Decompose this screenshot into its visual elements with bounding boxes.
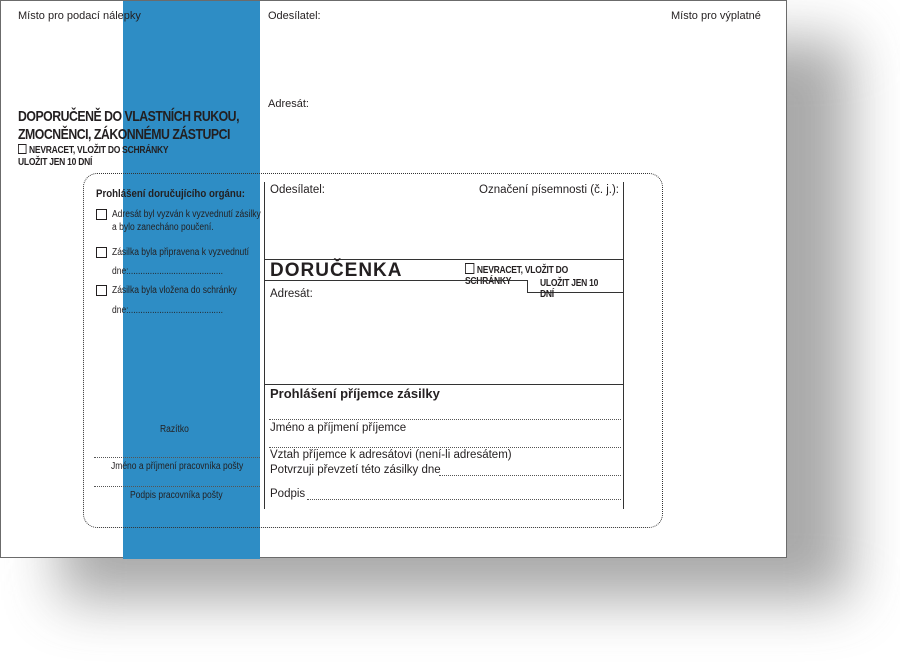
receipt-store-days: ULOŽIT JEN 10 DNÍ <box>540 278 611 300</box>
signature-line[interactable] <box>307 499 621 500</box>
organ-item-1-checkbox[interactable] <box>96 209 107 220</box>
signature-label: Podpis <box>270 488 305 500</box>
store-days-tick <box>527 280 528 292</box>
organ-item-3-line1: Zásilka byla vložena do schránky <box>112 284 237 297</box>
sticker-place-label: Místo pro podací nálepky <box>18 10 141 22</box>
organ-item-1-line2: a bylo zanecháno poučení. <box>112 221 214 234</box>
organ-item-2-line1: Zásilka byla připravena k vyzvednutí <box>112 246 249 259</box>
store-days-label: ULOŽIT JEN 10 DNÍ <box>18 157 92 168</box>
delivery-organ-title: Prohlášení doručujícího orgánu: <box>96 188 245 200</box>
sender-label: Odesílatel: <box>268 10 321 22</box>
organ-item-2-checkbox[interactable] <box>96 247 107 258</box>
organ-item-3-line2: dne:....................................… <box>112 304 223 317</box>
no-return-option[interactable]: NEVRACET, VLOŽIT DO SCHRÁNKY <box>18 144 168 156</box>
postage-place-label: Místo pro výplatné <box>671 10 761 22</box>
divider-recipient <box>265 384 623 385</box>
recipient-name-line[interactable] <box>269 419 621 420</box>
relation-line[interactable] <box>269 447 621 448</box>
no-return-label: NEVRACET, VLOŽIT DO SCHRÁNKY <box>29 145 168 156</box>
divider-mid <box>265 280 528 281</box>
delivery-title-line1: DOPORUČENĚ DO VLASTNÍCH RUKOU, <box>18 107 239 126</box>
confirm-label: Potvrzuji převzetí této zásilky dne <box>270 464 441 476</box>
reference-label: Označení písemnosti (č. j.): <box>479 184 619 196</box>
receipt-addressee-label: Adresát: <box>270 288 313 300</box>
worker-name-label: Jméno a příjmení pracovníka pošty <box>111 460 243 473</box>
delivery-title-line2: ZMOCNĚNCI, ZÁKONNÉMU ZÁSTUPCI <box>18 125 230 144</box>
relation-label: Vztah příjemce k adresátovi (není-li adr… <box>270 449 512 461</box>
organ-item-2-line2: dne:....................................… <box>112 265 223 278</box>
receipt-sender-label: Odesílatel: <box>270 184 325 196</box>
worker-signature-label: Podpis pracovníka pošty <box>130 489 223 502</box>
receipt-card: Odesílatel: Označení písemnosti (č. j.):… <box>264 182 624 509</box>
organ-item-1-line1: Adresát byl vyzván k vyzvednutí zásilky <box>112 208 261 221</box>
receipt-no-return-checkbox[interactable] <box>465 263 474 274</box>
addressee-label: Adresát: <box>268 98 309 110</box>
receipt-title: DORUČENKA <box>270 260 403 282</box>
worker-signature-line <box>94 486 260 487</box>
envelope: Místo pro podací nálepky Odesílatel: Mís… <box>0 0 787 558</box>
organ-item-3-checkbox[interactable] <box>96 285 107 296</box>
no-return-checkbox[interactable] <box>18 144 27 154</box>
confirm-date-line[interactable] <box>439 475 621 476</box>
worker-name-line <box>94 457 260 458</box>
stamp-label: Razítko <box>160 423 189 436</box>
recipient-section-title: Prohlášení příjemce zásilky <box>270 386 440 401</box>
recipient-name-label: Jméno a příjmení příjemce <box>270 422 406 434</box>
